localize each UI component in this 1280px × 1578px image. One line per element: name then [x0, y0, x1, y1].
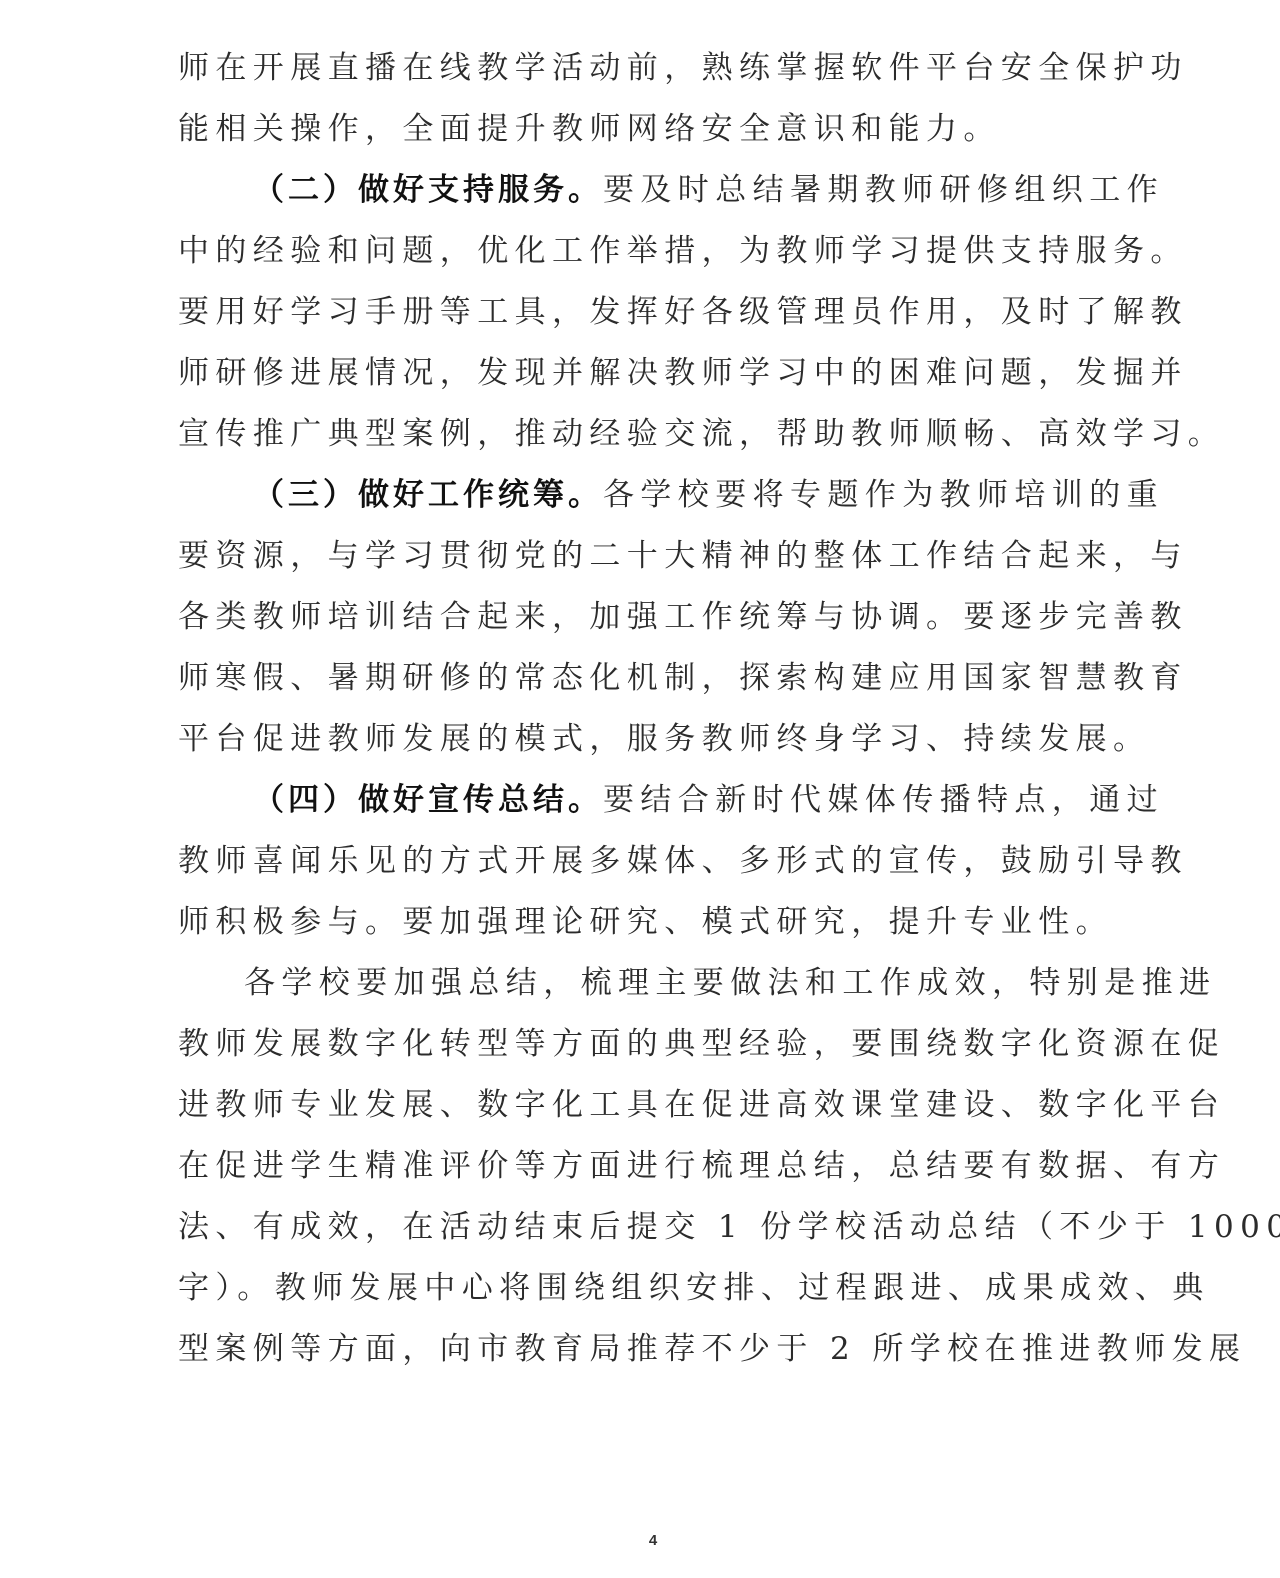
text-line: 要用好学习手册等工具，发挥好各级管理员作用，及时了解教 — [178, 282, 1123, 343]
text-line: 宣传推广典型案例，推动经验交流，帮助教师顺畅、高效学习。 — [178, 404, 1123, 465]
text-line-with-heading: （四）做好宣传总结。要结合新时代媒体传播特点，通过 — [178, 770, 1123, 831]
paragraph-work-coordination: （三）做好工作统筹。各学校要将专题作为教师培训的重 要资源，与学习贯彻党的二十大… — [178, 465, 1123, 770]
text-fragment: 要结合新时代媒体传播特点，通过 — [603, 782, 1164, 818]
text-line: 进教师专业发展、数字化工具在促进高效课堂建设、数字化平台 — [178, 1075, 1123, 1136]
text-fragment: 各学校要将专题作为教师培训的重 — [603, 477, 1164, 513]
text-line-with-heading: （三）做好工作统筹。各学校要将专题作为教师培训的重 — [178, 465, 1123, 526]
text-line: 平台促进教师发展的模式，服务教师终身学习、持续发展。 — [178, 709, 1123, 770]
paragraph-support-services: （二）做好支持服务。要及时总结暑期教师研修组织工作 中的经验和问题，优化工作举措… — [178, 160, 1123, 465]
text-line: 师积极参与。要加强理论研究、模式研究，提升专业性。 — [178, 892, 1123, 953]
document-page: 师在开展直播在线教学活动前，熟练掌握软件平台安全保护功 能相关操作，全面提升教师… — [0, 0, 1280, 1578]
section-heading-4: （四）做好宣传总结。 — [253, 782, 603, 818]
text-line: 中的经验和问题，优化工作举措，为教师学习提供支持服务。 — [178, 221, 1123, 282]
page-number: 4 — [640, 1532, 666, 1549]
text-line: 在促进学生精准评价等方面进行梳理总结，总结要有数据、有方 — [178, 1136, 1123, 1197]
document-body: 师在开展直播在线教学活动前，熟练掌握软件平台安全保护功 能相关操作，全面提升教师… — [178, 38, 1123, 1380]
text-line: 教师发展数字化转型等方面的典型经验，要围绕数字化资源在促 — [178, 1014, 1123, 1075]
section-heading-3: （三）做好工作统筹。 — [253, 477, 603, 513]
text-line: 要资源，与学习贯彻党的二十大精神的整体工作结合起来，与 — [178, 526, 1123, 587]
text-line: 法、有成效，在活动结束后提交 1 份学校活动总结（不少于 1000 — [178, 1197, 1123, 1258]
paragraph-school-summary: 各学校要加强总结，梳理主要做法和工作成效，特别是推进 教师发展数字化转型等方面的… — [178, 953, 1123, 1380]
paragraph-continuation: 师在开展直播在线教学活动前，熟练掌握软件平台安全保护功 能相关操作，全面提升教师… — [178, 38, 1123, 160]
text-line: 师研修进展情况，发现并解决教师学习中的困难问题，发掘并 — [178, 343, 1123, 404]
text-line: 师在开展直播在线教学活动前，熟练掌握软件平台安全保护功 — [178, 38, 1123, 99]
text-line: 各学校要加强总结，梳理主要做法和工作成效，特别是推进 — [178, 953, 1123, 1014]
text-line: 师寒假、暑期研修的常态化机制，探索构建应用国家智慧教育 — [178, 648, 1123, 709]
section-heading-2: （二）做好支持服务。 — [253, 172, 603, 208]
text-fragment: 要及时总结暑期教师研修组织工作 — [603, 172, 1164, 208]
text-line: 能相关操作，全面提升教师网络安全意识和能力。 — [178, 99, 1123, 160]
text-line: 型案例等方面，向市教育局推荐不少于 2 所学校在推进教师发展 — [178, 1319, 1123, 1380]
text-line-with-heading: （二）做好支持服务。要及时总结暑期教师研修组织工作 — [178, 160, 1123, 221]
paragraph-publicity-summary: （四）做好宣传总结。要结合新时代媒体传播特点，通过 教师喜闻乐见的方式开展多媒体… — [178, 770, 1123, 953]
text-line: 字）。教师发展中心将围绕组织安排、过程跟进、成果成效、典 — [178, 1258, 1123, 1319]
text-line: 教师喜闻乐见的方式开展多媒体、多形式的宣传，鼓励引导教 — [178, 831, 1123, 892]
text-line: 各类教师培训结合起来，加强工作统筹与协调。要逐步完善教 — [178, 587, 1123, 648]
